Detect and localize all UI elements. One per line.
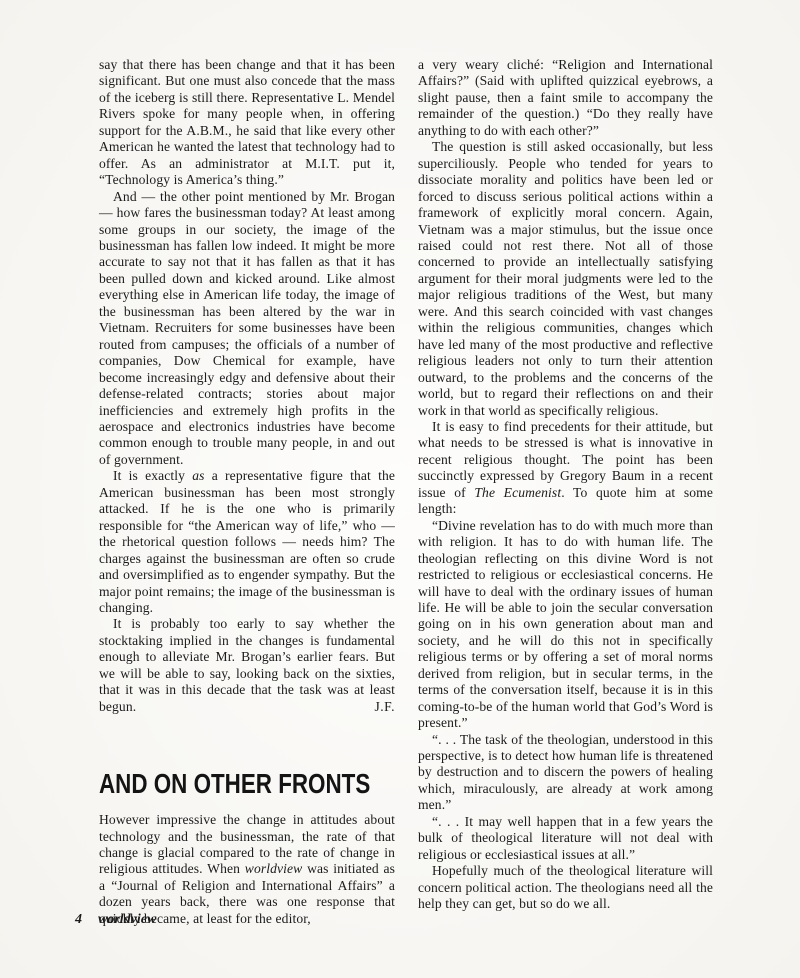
paragraph: The question is still asked occasionally… [418,139,713,419]
right-column-paragraphs: a very weary cliché: “Religion and Inter… [418,57,713,913]
section-heading: AND ON OTHER FRONTS [99,769,336,799]
paragraph: say that there has been change and that … [99,57,395,189]
page-footer: 4worldview [75,912,156,928]
paragraph: Hopefully much of the theological litera… [418,863,713,912]
section-paragraphs: However impressive the change in attitud… [99,812,395,927]
paragraph: a very weary cliché: “Religion and Inter… [418,57,713,139]
italic-text: as [192,468,204,483]
paragraph: It is probably too early to say whether … [99,616,395,715]
journal-name: worldview [98,912,156,927]
paragraph: It is exactly as a representative figure… [99,468,395,616]
right-column: a very weary cliché: “Religion and Inter… [418,57,713,913]
paragraph: “. . . The task of the theologian, under… [418,732,713,814]
italic-text: worldview [245,861,303,876]
italic-text: The Ecumenist [474,485,561,500]
left-column: say that there has been change and that … [99,57,395,927]
page-number: 4 [75,912,82,927]
paragraph: “Divine revelation has to do with much m… [418,518,713,732]
paragraph: And — the other point mentioned by Mr. B… [99,189,395,469]
paragraph: However impressive the change in attitud… [99,812,395,927]
author-initials: J.F. [360,699,395,715]
scanned-page: say that there has been change and that … [0,0,800,978]
paragraph: It is easy to find precedents for their … [418,419,713,518]
left-column-paragraphs: say that there has been change and that … [99,57,395,715]
paragraph: “. . . It may well happen that in a few … [418,814,713,863]
